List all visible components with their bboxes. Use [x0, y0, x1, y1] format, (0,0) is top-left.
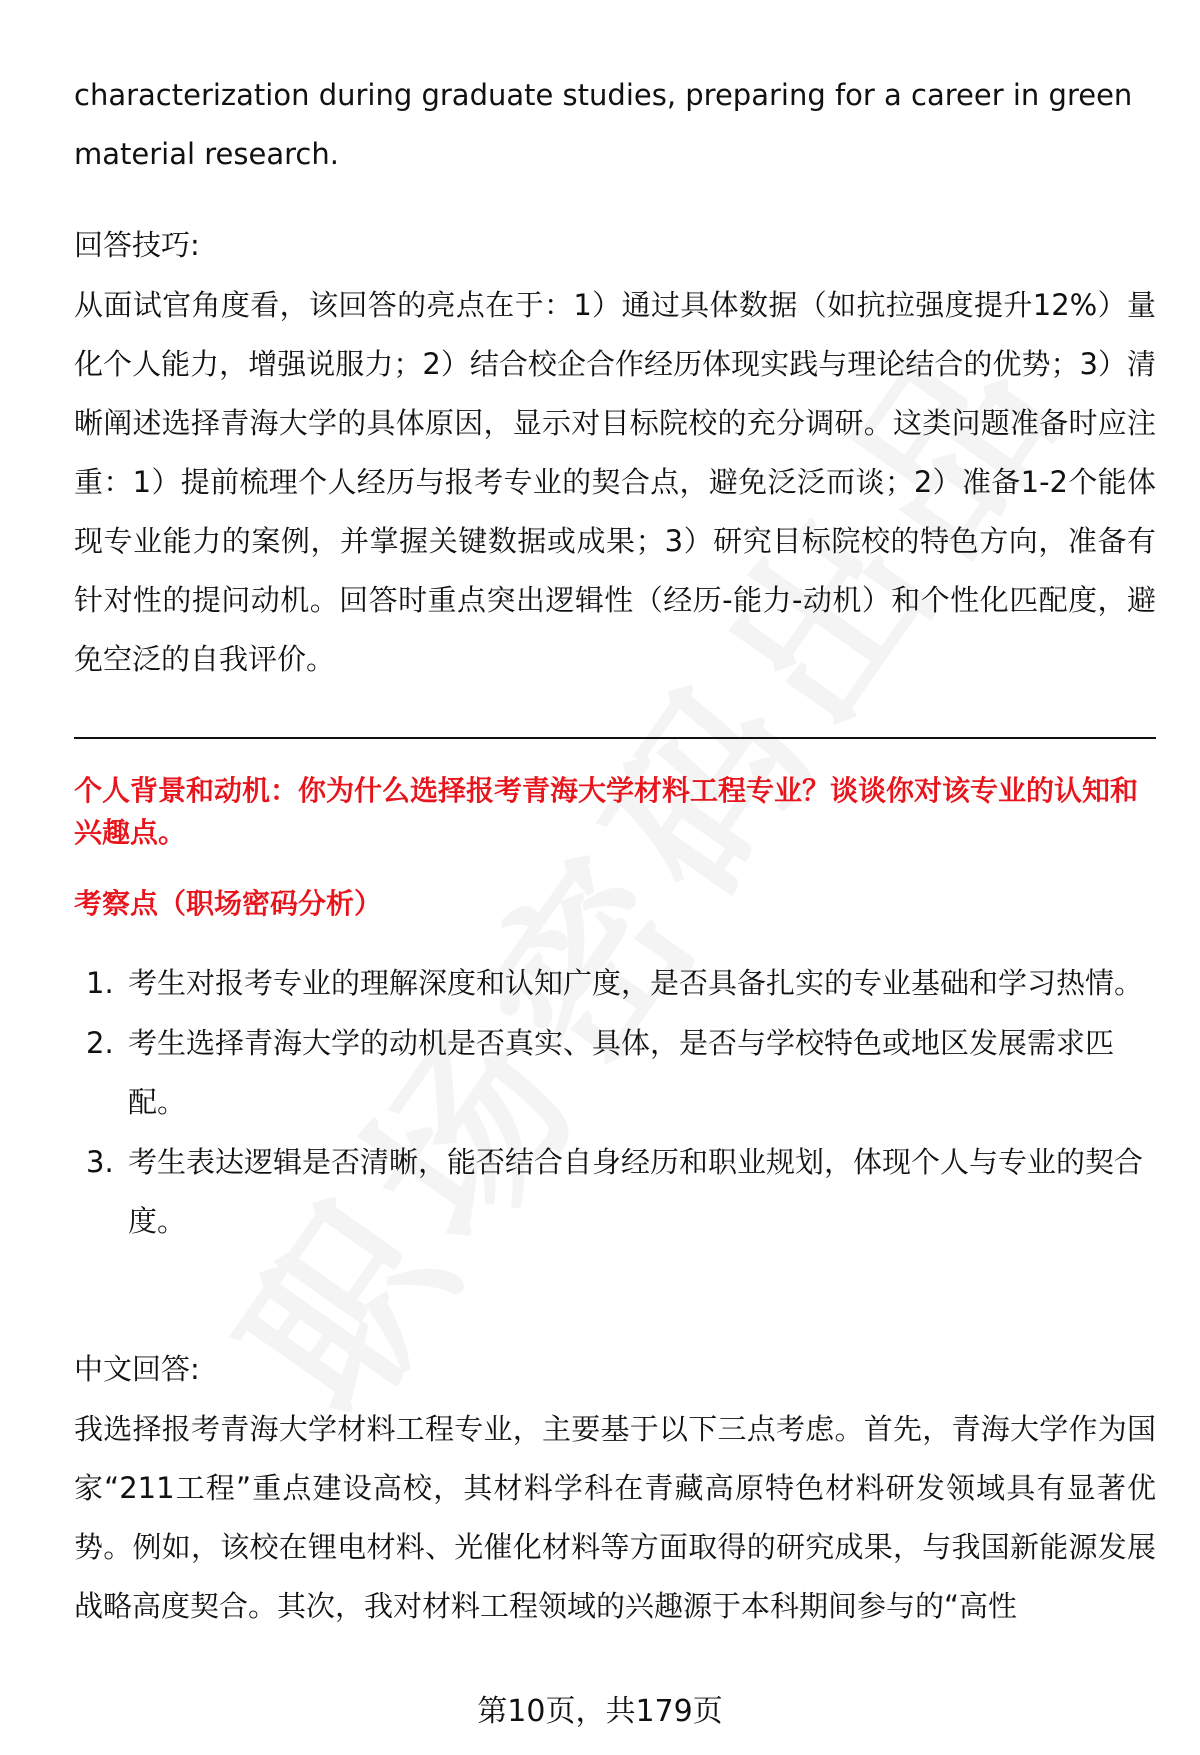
english-answer-tail: characterization during graduate studies… — [74, 66, 1156, 184]
section-divider — [74, 737, 1156, 739]
tips-text: 从面试官角度看，该回答的亮点在于：1）通过具体数据（如抗拉强度提升12%）量化个… — [74, 276, 1156, 689]
point-text: 考生选择青海大学的动机是否真实、具体，是否与学校特色或地区发展需求匹配。 — [128, 1026, 1114, 1119]
analysis-points: 1. 考生对报考专业的理解深度和认知广度，是否具备扎实的专业基础和学习热情。 2… — [74, 954, 1156, 1252]
point-number: 3. — [86, 1133, 114, 1192]
answer-text: 我选择报考青海大学材料工程专业，主要基于以下三点考虑。首先，青海大学作为国家“2… — [74, 1400, 1156, 1636]
point-text: 考生对报考专业的理解深度和认知广度，是否具备扎实的专业基础和学习热情。 — [128, 966, 1143, 1000]
page-indicator: 第10页，共179页 — [0, 1692, 1200, 1732]
answer-label: 中文回答: — [74, 1340, 200, 1399]
analysis-point: 3. 考生表达逻辑是否清晰，能否结合自身经历和职业规划，体现个人与专业的契合度。 — [74, 1133, 1156, 1251]
analysis-point: 2. 考生选择青海大学的动机是否真实、具体，是否与学校特色或地区发展需求匹配。 — [74, 1014, 1156, 1132]
question-heading: 个人背景和动机：你为什么选择报考青海大学材料工程专业？谈谈你对该专业的认知和兴趣… — [74, 770, 1156, 854]
point-number: 1. — [86, 954, 114, 1013]
analysis-point: 1. 考生对报考专业的理解深度和认知广度，是否具备扎实的专业基础和学习热情。 — [74, 954, 1156, 1013]
analysis-heading: 考察点（职场密码分析） — [74, 883, 382, 925]
tips-label: 回答技巧: — [74, 216, 200, 275]
point-text: 考生表达逻辑是否清晰，能否结合自身经历和职业规划，体现个人与专业的契合度。 — [128, 1145, 1143, 1238]
point-number: 2. — [86, 1014, 114, 1073]
